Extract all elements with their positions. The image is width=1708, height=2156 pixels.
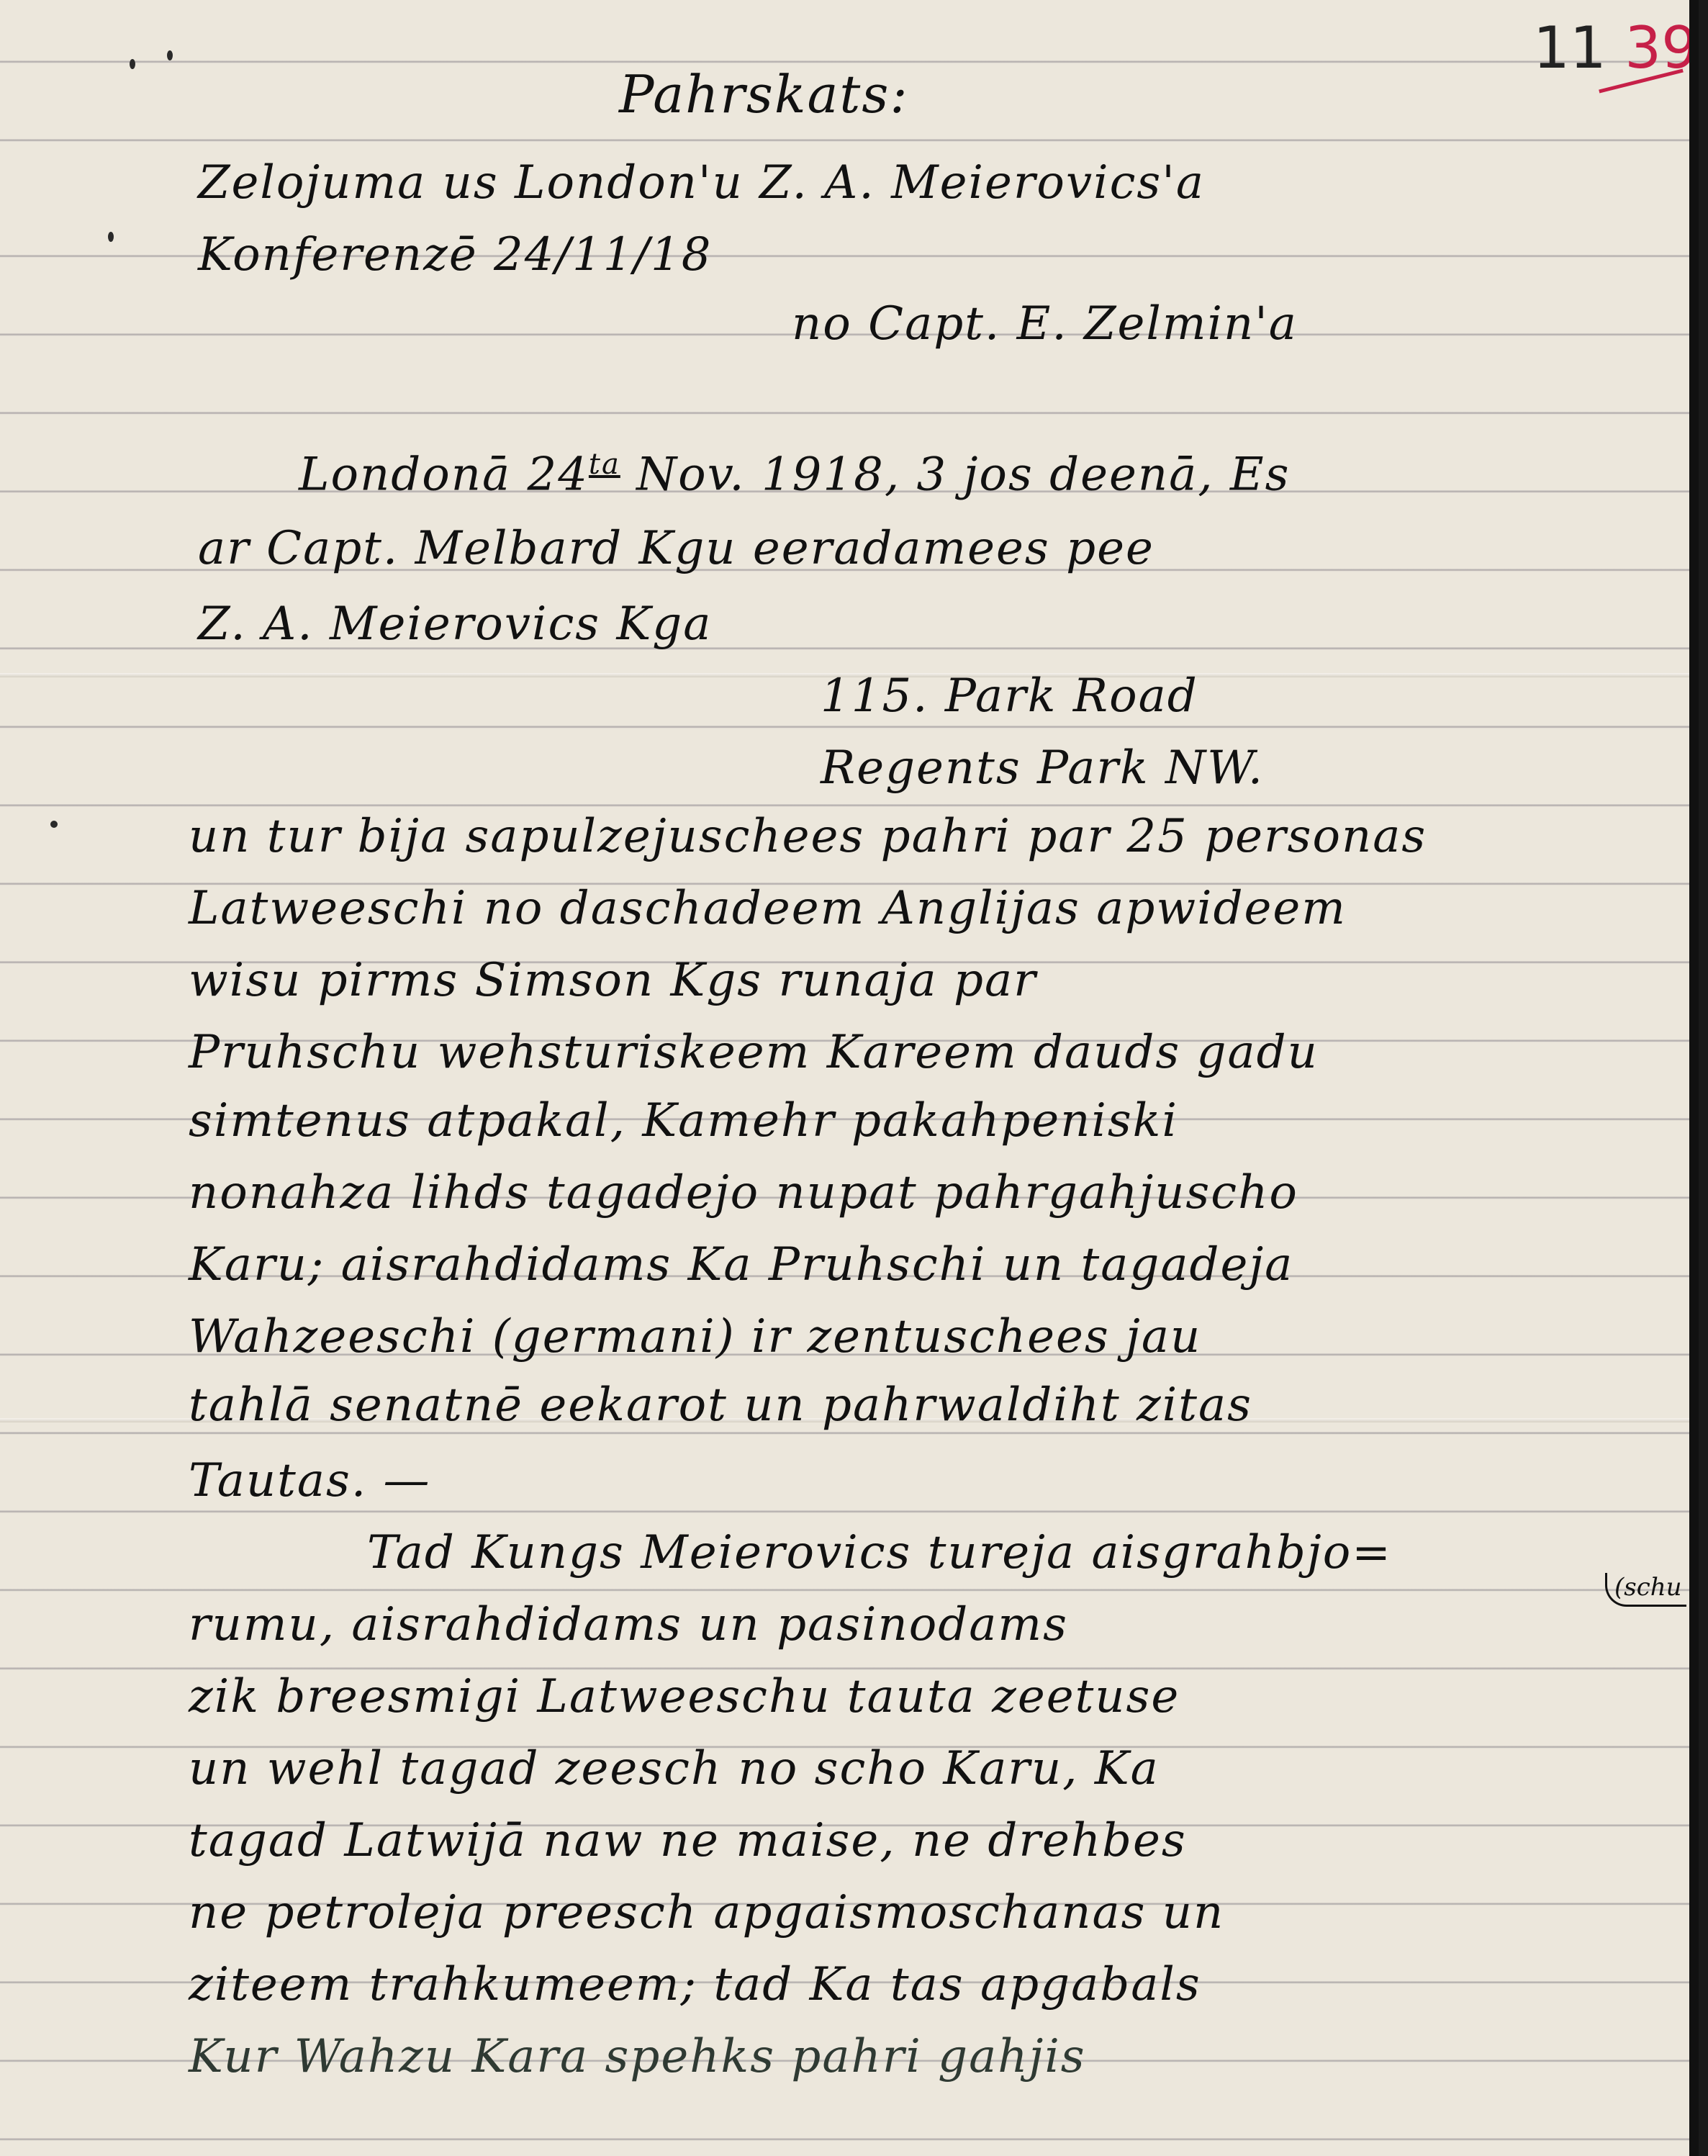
body-line-22: ziteem trahkumeem; tad Ka tas apgabals <box>189 1962 1201 2008</box>
page-number-value: 39 <box>1625 14 1698 81</box>
margin-note: (schu <box>1605 1573 1686 1607</box>
body-line-21: ne petroleja preesch apgaismoschanas un <box>189 1890 1224 1936</box>
body-line-6: un tur bija sapulzejuschees pahri par 25… <box>189 813 1427 860</box>
punch-hole <box>167 50 173 60</box>
body-line-16: Tad Kungs Meierovics tureja aisgrahbjo= <box>367 1530 1392 1576</box>
address-line-1: 115. Park Road <box>821 673 1198 719</box>
document-title: Pahrskats: <box>619 68 909 120</box>
body-line-20: tagad Latwijā naw ne maise, ne drehbes <box>189 1818 1187 1864</box>
body-line-14: tahlā senatnē eekarot un pahrwaldiht zit… <box>189 1382 1252 1428</box>
body-line-7: Latweeschi no daschadeem Anglijas apwide… <box>189 885 1347 932</box>
body-line-8: wisu pirms Simson Kgs runaja par <box>189 957 1037 1003</box>
body-line-15: Tautas. — <box>189 1458 431 1504</box>
body-line-3: Z. A. Meierovics Kga <box>198 601 712 647</box>
body-line-23: Kur Wahzu Kara spehks pahri gahjis <box>189 2034 1086 2080</box>
punch-hole <box>130 59 135 69</box>
body-line-18: zik breesmigi Latweeschu tauta zeetuse <box>189 1674 1180 1720</box>
subtitle-line-2: Konferenzē 24/11/18 <box>198 232 712 278</box>
punch-hole <box>108 232 114 242</box>
body-line-1: Londonā 24ta Nov. 1918, 3 jos deenā, Es <box>299 450 1290 497</box>
address-line-2: Regents Park NW. <box>821 745 1264 791</box>
body-line-17: rumu, aisrahdidams un pasinodams <box>189 1602 1068 1648</box>
page-number-prefix: 11 <box>1533 14 1607 81</box>
body-line-19: un wehl tagad zeesch no scho Karu, Ka <box>189 1746 1160 1792</box>
body-line-13: Wahzeeschi (germani) ir zentuschees jau <box>189 1314 1201 1360</box>
body-line-2: ar Capt. Melbard Kgu eeradamees pee <box>198 526 1155 572</box>
subtitle-line-1: Zelojuma us London'u Z. A. Meierovics'a <box>198 160 1205 206</box>
punch-hole <box>50 821 58 828</box>
body-line-9: Pruhschu wehsturiskeem Kareem dauds gadu <box>189 1029 1319 1075</box>
body-line-12: Karu; aisrahdidams Ka Pruhschi un tagade… <box>189 1242 1293 1288</box>
author-line: no Capt. E. Zelmin'a <box>792 301 1298 347</box>
body-line-10: simtenus atpakal, Kamehr pakahpeniski <box>189 1098 1178 1144</box>
document-page: 11 39 Pahrskats: Zelojuma us London'u Z.… <box>0 0 1699 2156</box>
body-line-11: nonahza lihds tagadejo nupat pahrgahjusc… <box>189 1170 1298 1216</box>
